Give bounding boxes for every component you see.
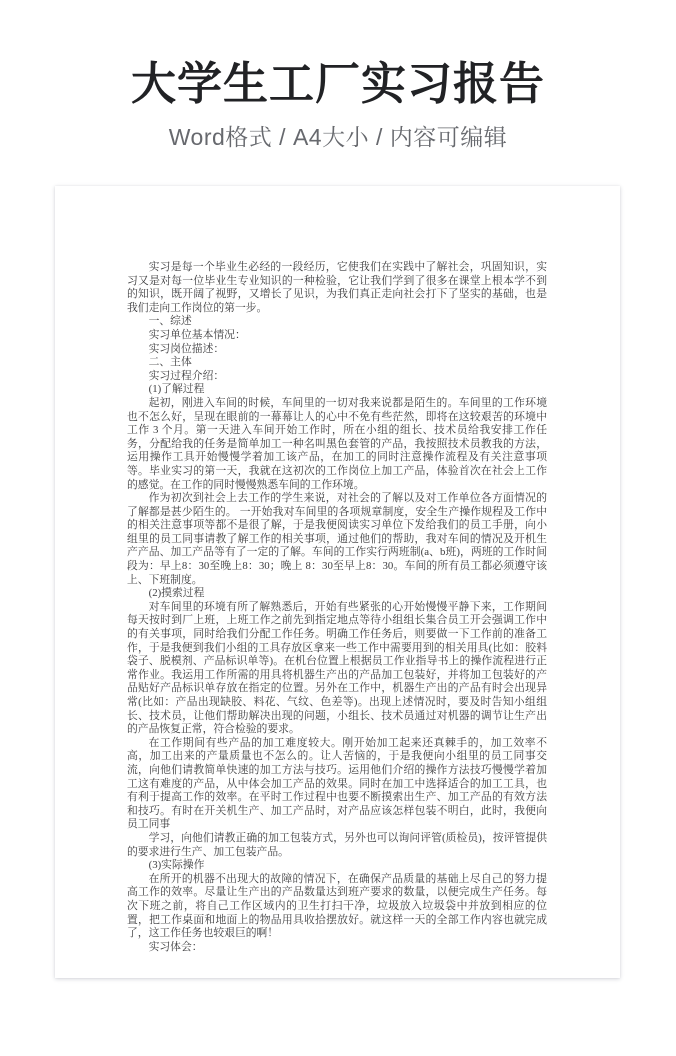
- template-banner: 大学生工厂实习报告 Word格式 / A4大小 / 内容可编辑: [0, 0, 676, 152]
- doc-paragraph: 实习单位基本情况：: [127, 329, 547, 343]
- doc-paragraph: 实习体会：: [127, 941, 547, 955]
- doc-paragraph: 在工作期间有些产品的加工难度较大。刚开始加工起来还真棘手的，加工效率不高，加工出…: [127, 737, 547, 832]
- doc-paragraph: (1)了解过程: [127, 383, 547, 397]
- doc-paragraph: (2)摸索过程: [127, 587, 547, 601]
- doc-paragraph: 起初，刚进入车间的时候，车间里的一切对我来说都是陌生的。车间里的工作环境也不怎么…: [127, 397, 547, 492]
- doc-paragraph: 对车间里的环境有所了解熟悉后，开始有些紧张的心开始慢慢平静下来，工作期间每天按时…: [127, 601, 547, 737]
- document-page-preview: 实习是每一个毕业生必经的一段经历，它使我们在实践中了解社会，巩固知识，实习又是对…: [55, 186, 620, 978]
- doc-paragraph: 一、综述: [127, 315, 547, 329]
- doc-paragraph: 实习岗位描述：: [127, 343, 547, 357]
- doc-paragraph: 二、主体: [127, 356, 547, 370]
- document-text: 实习是每一个毕业生必经的一段经历，它使我们在实践中了解社会，巩固知识，实习又是对…: [127, 261, 547, 954]
- doc-paragraph: 在所开的机器不出现大的故障的情况下，在确保产品质量的基础上尽自己的努力提高工作的…: [127, 873, 547, 941]
- template-title: 大学生工厂实习报告: [0, 58, 676, 110]
- template-subtitle: Word格式 / A4大小 / 内容可编辑: [0, 122, 676, 152]
- doc-paragraph: (3)实际操作: [127, 859, 547, 873]
- doc-paragraph: 学习，向他们请教正确的加工包装方式，另外也可以询问评管(质检员)，按评管提供的要…: [127, 832, 547, 859]
- doc-paragraph: 作为初次到社会上去工作的学生来说，对社会的了解以及对工作单位各方面情况的了解都是…: [127, 492, 547, 587]
- doc-paragraph: 实习过程介绍：: [127, 370, 547, 384]
- doc-paragraph: 实习是每一个毕业生必经的一段经历，它使我们在实践中了解社会，巩固知识，实习又是对…: [127, 261, 547, 315]
